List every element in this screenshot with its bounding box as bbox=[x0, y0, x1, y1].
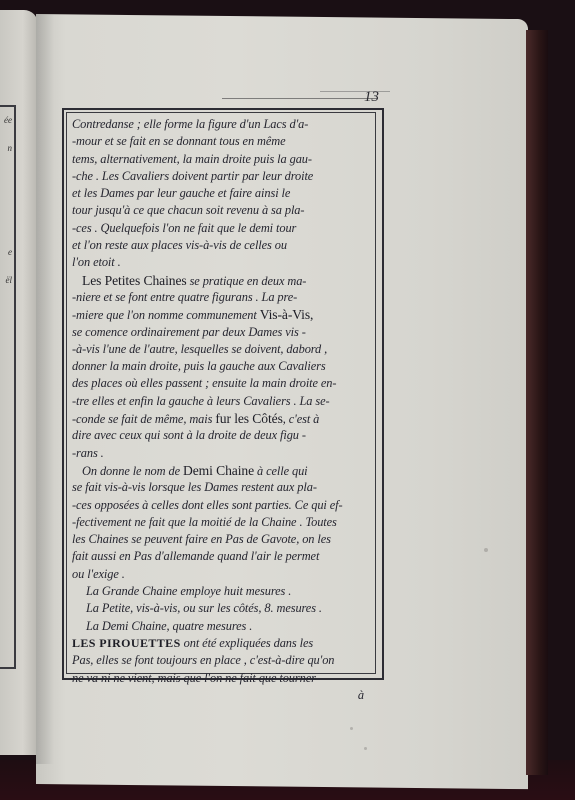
text-run: se fait vis-à-vis lorsque les Dames rest… bbox=[72, 480, 317, 494]
text-line: -niere et se font entre quatre figurans … bbox=[72, 289, 376, 306]
catchword-text: à bbox=[358, 688, 364, 702]
text-run: -tre elles et enfin la gauche à leurs Ca… bbox=[72, 394, 330, 408]
text-run: Contredanse ; elle forme la figure d'un … bbox=[72, 117, 308, 131]
text-line: -mour et se fait en se donnant tous en m… bbox=[72, 133, 376, 150]
text-run: fait aussi en Pas d'allemande quand l'ai… bbox=[72, 549, 319, 563]
text-run: -ces . Quelquefois l'on ne fait que le d… bbox=[72, 221, 296, 235]
text-line: -rans . bbox=[72, 445, 376, 462]
text-line: -à-vis l'une de l'autre, lesquelles se d… bbox=[72, 341, 376, 358]
text-run: donner la main droite, puis la gauche au… bbox=[72, 359, 326, 373]
text-line: et les Dames par leur gauche et faire ai… bbox=[72, 185, 376, 202]
section-heading-line: LES PIROUETTES ont été expliquées dans l… bbox=[72, 635, 376, 652]
left-page-frame: ée n e ël bbox=[0, 105, 16, 669]
header-rule bbox=[222, 98, 377, 99]
text-line: Contredanse ; elle forme la figure d'un … bbox=[72, 116, 376, 133]
gutter-shadow bbox=[36, 14, 54, 764]
text-line: se comence ordinairement par deux Dames … bbox=[72, 324, 376, 341]
paper-spot bbox=[350, 727, 353, 730]
text-line: -tre elles et enfin la gauche à leurs Ca… bbox=[72, 393, 376, 410]
text-line: l'on etoit . bbox=[72, 254, 376, 271]
section-heading: Les Petites Chaines bbox=[82, 273, 187, 288]
text-run: et les Dames par leur gauche et faire ai… bbox=[72, 186, 290, 200]
text-line: des places où elles passent ; ensuite la… bbox=[72, 375, 376, 392]
text-run: tour jusqu'à ce que chacun soit revenu à… bbox=[72, 203, 304, 217]
text-run: Pas, elles se font toujours en place , c… bbox=[72, 653, 334, 667]
page-fore-edge bbox=[526, 30, 548, 775]
text-run: les Chaines se peuvent faire en Pas de G… bbox=[72, 532, 331, 546]
term-heading: Vis-à-Vis, bbox=[260, 307, 314, 322]
text-run: On donne le nom de bbox=[82, 464, 183, 478]
text-run: -conde se fait de même, mais bbox=[72, 412, 215, 426]
text-line: ou l'exige . bbox=[72, 566, 376, 583]
text-run: se comence ordinairement par deux Dames … bbox=[72, 325, 306, 339]
text-line: La Petite, vis-à-vis, ou sur les côtés, … bbox=[72, 600, 376, 617]
term-heading: fur les Côtés bbox=[215, 411, 282, 426]
text-run: La Grande Chaine employe huit mesures . bbox=[86, 584, 291, 598]
text-line: -ces opposées à celles dont elles sont p… bbox=[72, 497, 376, 514]
text-line: -ces . Quelquefois l'on ne fait que le d… bbox=[72, 220, 376, 237]
header-rule bbox=[320, 91, 390, 92]
text-line: tour jusqu'à ce que chacun soit revenu à… bbox=[72, 202, 376, 219]
text-run: -ces opposées à celles dont elles sont p… bbox=[72, 498, 343, 512]
text-run: -fectivement ne fait que la moitié de la… bbox=[72, 515, 337, 529]
text-run: La Petite, vis-à-vis, ou sur les côtés, … bbox=[86, 601, 322, 615]
text-run: ont été expliquées dans les bbox=[181, 636, 313, 650]
text-run: se pratique en deux ma- bbox=[187, 274, 307, 288]
text-run: dire avec ceux qui sont à la droite de d… bbox=[72, 428, 306, 442]
text-line: se fait vis-à-vis lorsque les Dames rest… bbox=[72, 479, 376, 496]
text-run: ou l'exige . bbox=[72, 567, 125, 581]
section-heading: LES PIROUETTES bbox=[72, 636, 181, 650]
left-page-fragment: ël bbox=[6, 275, 13, 285]
text-line: Pas, elles se font toujours en place , c… bbox=[72, 652, 376, 669]
text-line: dire avec ceux qui sont à la droite de d… bbox=[72, 427, 376, 444]
text-run: -che . Les Cavaliers doivent partir par … bbox=[72, 169, 313, 183]
text-run: à celle qui bbox=[254, 464, 308, 478]
paper-spot bbox=[364, 747, 367, 750]
catchword: à bbox=[72, 687, 376, 704]
left-page-fragment: n bbox=[8, 143, 13, 153]
text-line: La Demi Chaine, quatre mesures . bbox=[72, 618, 376, 635]
text-line: -che . Les Cavaliers doivent partir par … bbox=[72, 168, 376, 185]
left-page-fragment: ée bbox=[4, 115, 12, 125]
text-run: des places où elles passent ; ensuite la… bbox=[72, 376, 336, 390]
text-line: -fectivement ne fait que la moitié de la… bbox=[72, 514, 376, 531]
paper-spot bbox=[484, 548, 488, 552]
text-line: et l'on reste aux places vis-à-vis de ce… bbox=[72, 237, 376, 254]
text-run: , c'est à bbox=[283, 412, 320, 426]
text-run: et l'on reste aux places vis-à-vis de ce… bbox=[72, 238, 287, 252]
body-text: Contredanse ; elle forme la figure d'un … bbox=[72, 116, 376, 704]
text-line: ne va ni ne vient, mais que l'on ne fait… bbox=[72, 670, 376, 687]
text-run: La Demi Chaine, quatre mesures . bbox=[86, 619, 252, 633]
text-run: -miere que l'on nomme communement bbox=[72, 308, 260, 322]
text-line: On donne le nom de Demi Chaine à celle q… bbox=[72, 462, 376, 479]
text-line: -miere que l'on nomme communement Vis-à-… bbox=[72, 306, 376, 323]
left-page-fragment: e bbox=[8, 247, 12, 257]
text-line: donner la main droite, puis la gauche au… bbox=[72, 358, 376, 375]
text-run: -rans . bbox=[72, 446, 104, 460]
section-heading-line: Les Petites Chaines se pratique en deux … bbox=[72, 272, 376, 289]
text-run: tems, alternativement, la main droite pu… bbox=[72, 152, 312, 166]
text-run: -à-vis l'une de l'autre, lesquelles se d… bbox=[72, 342, 327, 356]
page-number: 13 bbox=[364, 89, 379, 106]
text-run: -niere et se font entre quatre figurans … bbox=[72, 290, 297, 304]
text-run: l'on etoit . bbox=[72, 255, 121, 269]
text-line: les Chaines se peuvent faire en Pas de G… bbox=[72, 531, 376, 548]
text-line: -conde se fait de même, mais fur les Côt… bbox=[72, 410, 376, 427]
left-page-edge: ée n e ël bbox=[0, 10, 38, 755]
text-run: -mour et se fait en se donnant tous en m… bbox=[72, 134, 286, 148]
text-run: ne va ni ne vient, mais que l'on ne fait… bbox=[72, 671, 316, 685]
text-line: tems, alternativement, la main droite pu… bbox=[72, 151, 376, 168]
text-line: La Grande Chaine employe huit mesures . bbox=[72, 583, 376, 600]
term-heading: Demi Chaine bbox=[183, 463, 254, 478]
text-line: fait aussi en Pas d'allemande quand l'ai… bbox=[72, 548, 376, 565]
